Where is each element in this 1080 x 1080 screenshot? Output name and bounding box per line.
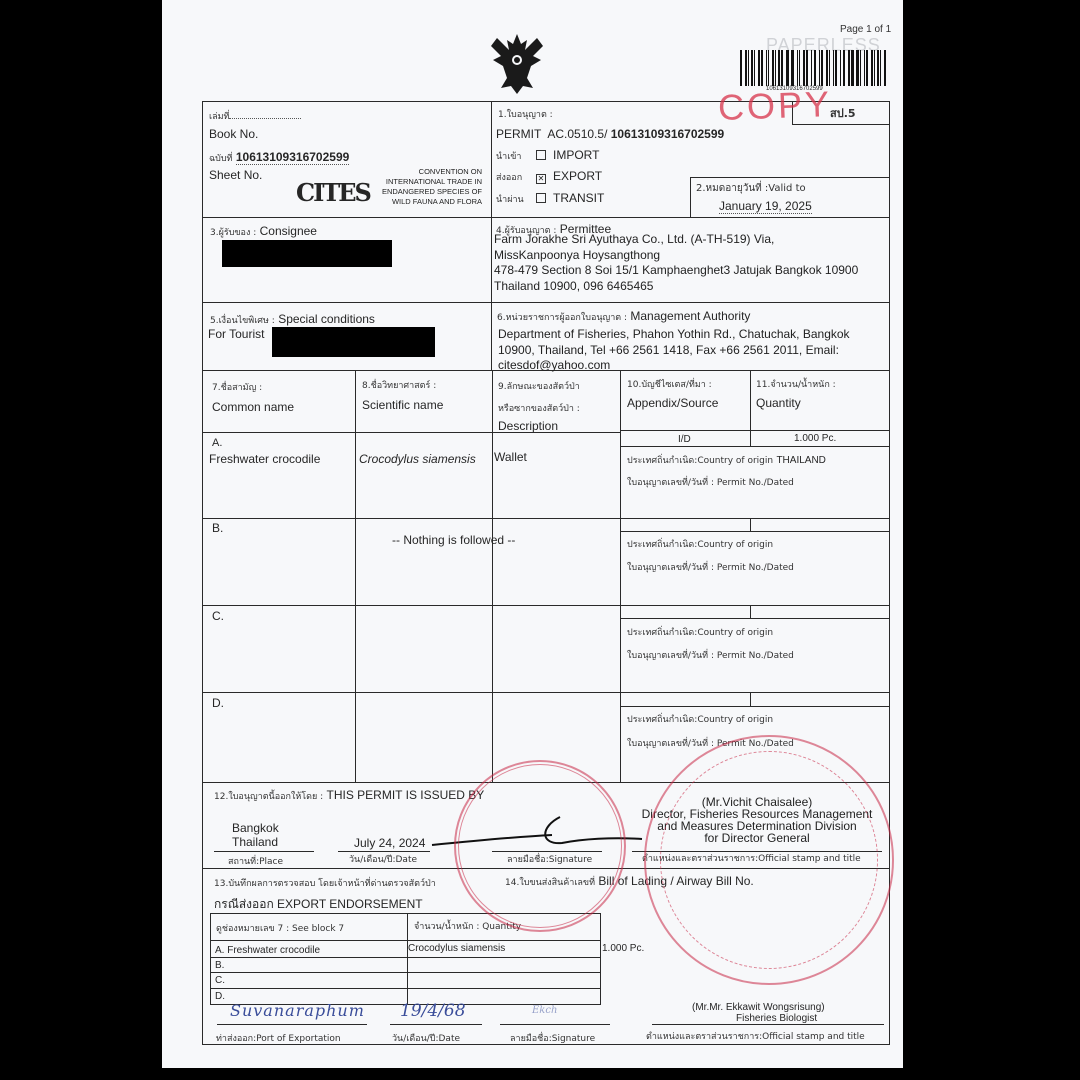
port-caption: ท่าส่งออก:Port of Exportation	[216, 1030, 341, 1046]
specimen-c-origin: ประเทศถิ่นกำเนิด:Country of origin	[627, 626, 773, 640]
port-handwritten: Suvanaraphum	[230, 1002, 365, 1020]
endorsement-row-a-scientific: Crocodylus siamensis	[408, 943, 505, 954]
book-label-th: เล่มที่	[209, 110, 301, 124]
special-conditions-label: 5.เงื่อนไขพิเศษ : Special conditions	[210, 312, 375, 328]
specimen-a-letter: A.	[212, 436, 222, 450]
consignee-label: 3.ผู้รับของ : Consignee	[210, 224, 317, 240]
endorse-date-caption: วัน/เดือน/ปี:Date	[392, 1030, 460, 1046]
endorsement-row-c: C.	[215, 975, 225, 986]
col11-label: Quantity	[756, 396, 801, 410]
specimen-a-description: Wallet	[494, 450, 527, 464]
specimen-b-origin: ประเทศถิ่นกำเนิด:Country of origin	[627, 538, 773, 552]
consignee-redacted	[222, 240, 392, 267]
endorsement-row-d: D.	[215, 991, 225, 1002]
special-conditions-value: For Tourist	[208, 327, 264, 341]
endorsement-row-b: B.	[215, 960, 224, 971]
specimen-a-common-name: Freshwater crocodile	[209, 452, 320, 466]
export-endorsement: กรณีส่งออก EXPORT ENDORSEMENT	[214, 897, 423, 911]
col7-label: Common name	[212, 400, 294, 414]
export-checkbox-checked: ✕	[536, 174, 546, 184]
col8-label: Scientific name	[362, 398, 443, 412]
specimen-a-permit: ใบอนุญาตเลขที่/วันที่ : Permit No./Dated	[627, 476, 794, 490]
issue-place-line2: Thailand	[232, 835, 278, 849]
date-caption: วัน/เดือน/ปี:Date	[349, 853, 417, 867]
col9-label-th2: หรือซากของสัตว์ป่า :	[498, 402, 580, 416]
specimen-c-letter: C.	[212, 609, 224, 623]
signature-handwritten: Ekch	[532, 1004, 557, 1018]
option-import: นำเข้าIMPORT	[496, 148, 599, 164]
place-caption: สถานที่:Place	[228, 855, 283, 869]
specimen-b-permit: ใบอนุญาตเลขที่/วันที่ : Permit No./Dated	[627, 561, 794, 575]
valid-to-date: January 19, 2025	[719, 199, 812, 214]
endorsement-row-a-quantity: 1.000 Pc.	[602, 943, 644, 954]
import-checkbox	[536, 150, 546, 160]
specimen-c-permit: ใบอนุญาตเลขที่/วันที่ : Permit No./Dated	[627, 649, 794, 663]
valid-to-label: 2.หมดอายุวันที่ :Valid to	[696, 182, 806, 196]
nothing-followed-note: -- Nothing is followed --	[392, 533, 515, 547]
specimen-a-quantity: 1.000 Pc.	[794, 433, 836, 444]
endorsing-official-name: (Mr.Mr. Ekkawit Wongsrisung)	[692, 1002, 825, 1013]
specimen-a-appendix: I/D	[678, 434, 691, 445]
issued-by-label: 12.ใบอนุญาตนี้ออกให้โดย : THIS PERMIT IS…	[214, 788, 484, 804]
cites-logo: CITES	[296, 180, 370, 206]
barcode	[740, 50, 886, 86]
specimen-b-letter: B.	[212, 521, 223, 535]
official-seal-inner-ring	[660, 751, 878, 969]
permit-document: Page 1 of 1 PAPERLESS 10613109316702599 …	[162, 0, 903, 1068]
specimen-d-origin: ประเทศถิ่นกำเนิด:Country of origin	[627, 713, 773, 727]
endorse-signature-caption: ลายมือชื่อ:Signature	[510, 1030, 595, 1046]
col8-label-th: 8.ชื่อวิทยาศาสตร์ :	[362, 379, 436, 393]
date-handwritten: 19/4/68	[400, 1002, 466, 1020]
transit-checkbox	[536, 193, 546, 203]
specimen-d-letter: D.	[212, 696, 224, 710]
permit-number: PERMIT AC.0510.5/ 10613109316702599	[496, 127, 724, 141]
sheet-label: Sheet No.	[209, 168, 262, 182]
col10-label-th: 10.บัญชีไซเตส/ที่มา :	[627, 378, 712, 392]
permittee-address: Farm Jorakhe Sri Ayuthaya Co., Ltd. (A-T…	[494, 232, 858, 294]
col9-label: Description	[498, 419, 558, 433]
special-conditions-redacted	[272, 327, 435, 357]
form-code: สป.5	[830, 107, 856, 121]
endorsement-row-a: A. Freshwater crocodile	[215, 945, 320, 956]
book-label: Book No.	[209, 127, 258, 141]
management-authority-address: Department of Fisheries, Phahon Yothin R…	[498, 327, 850, 374]
cites-text: CONVENTION ON INTERNATIONAL TRADE IN END…	[362, 167, 482, 207]
col10-label: Appendix/Source	[627, 396, 718, 410]
garuda-emblem-icon	[487, 30, 547, 95]
page-label: Page 1 of 1	[840, 24, 891, 35]
col9-label-th1: 9.ลักษณะของสัตว์ป่า	[498, 380, 580, 394]
specimen-a-scientific-name: Crocodylus siamensis	[359, 452, 476, 466]
option-export: ส่งออก✕EXPORT	[496, 169, 602, 185]
inspection-label: 13.บันทึกผลการตรวจสอบ โดยเจ้าหน้าที่ด่าน…	[214, 877, 436, 891]
permit-label-th: 1.ใบอนุญาต :	[498, 108, 553, 122]
specimen-a-origin: ประเทศถิ่นกำเนิด:Country of origin THAIL…	[627, 452, 826, 468]
sheet-number: ฉบับที่ 10613109316702599	[209, 150, 349, 166]
see-block-7-header: ดูช่องหมายเลข 7 : See block 7	[216, 920, 344, 936]
col7-label-th: 7.ชื่อสามัญ :	[212, 381, 262, 395]
copy-stamp: COPY	[717, 84, 832, 128]
management-authority-label: 6.หน่วยราชการผู้ออกใบอนุญาต : Management…	[497, 309, 750, 325]
option-transit: นำผ่านTRANSIT	[496, 191, 604, 207]
col11-label-th: 11.จำนวน/น้ำหนัก :	[756, 378, 836, 392]
endorsing-official-title: Fisheries Biologist	[736, 1013, 817, 1024]
department-seal-inner-ring	[458, 764, 622, 928]
endorse-stamp-caption: ตำแหน่งและตราส่วนราชการ:Official stamp a…	[646, 1028, 865, 1044]
issue-place-line1: Bangkok	[232, 821, 279, 835]
